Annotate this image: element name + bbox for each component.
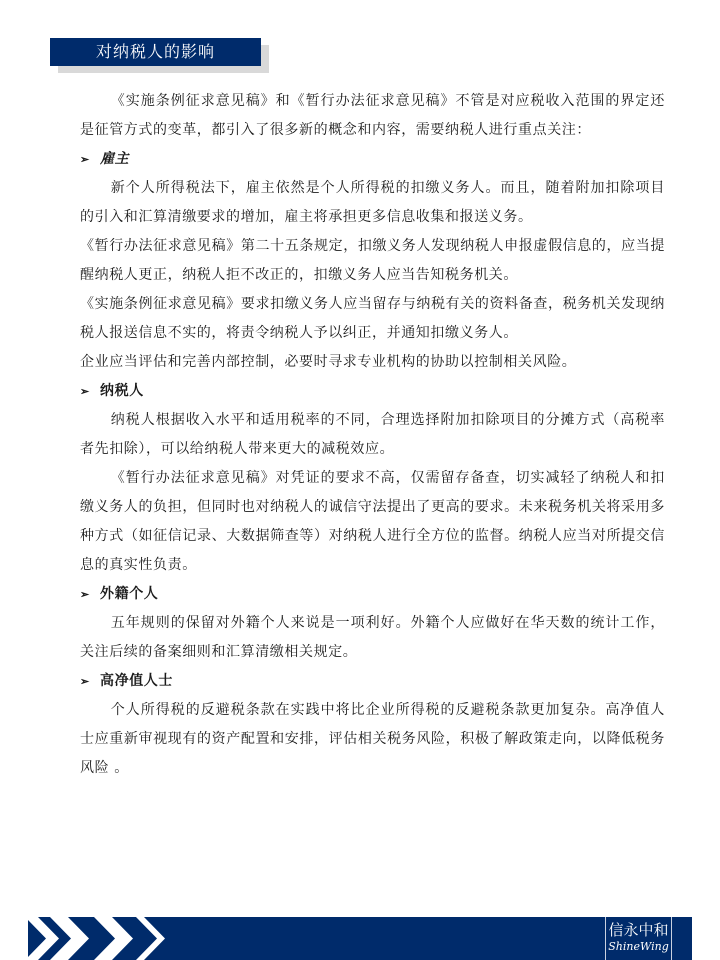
arrow-bullet-icon: ➢ (80, 667, 94, 696)
section-paragraph: 《暂行办法征求意见稿》对凭证的要求不高，仅需留存备查，切实减轻了纳税人和扣缴义务… (80, 464, 665, 580)
arrow-bullet-icon: ➢ (80, 580, 94, 609)
section-paragraph: 新个人所得税法下，雇主依然是个人所得税的扣缴义务人。而且，随着附加扣除项目的引入… (80, 174, 665, 232)
section-heading-high-net-worth: ➢ 高净值人士 (80, 667, 665, 696)
section-heading-label: 雇主 (100, 145, 129, 174)
document-body: 《实施条例征求意见稿》和《暂行办法征求意见稿》不管是对应税收入范围的界定还是征管… (80, 87, 665, 783)
section-heading-label: 纳税人 (100, 377, 144, 406)
chevron-arrows-icon (28, 917, 168, 960)
section-paragraph: 个人所得税的反避税条款在实践中将比企业所得税的反避税条款更加复杂。高净值人士应重… (80, 696, 665, 783)
logo-chinese-name: 信永中和 (606, 917, 671, 940)
section-heading-employer: ➢ 雇主 (80, 145, 665, 174)
section-paragraph: 五年规则的保留对外籍个人来说是一项利好。外籍个人应做好在华天数的统计工作，关注后… (80, 609, 665, 667)
arrow-bullet-icon: ➢ (80, 145, 94, 174)
section-heading-label: 高净值人士 (100, 667, 173, 696)
section-heading-taxpayer: ➢ 纳税人 (80, 377, 665, 406)
shinewing-logo: 信永中和 ShineWing (605, 917, 672, 960)
section-heading-foreign-individuals: ➢ 外籍个人 (80, 580, 665, 609)
footer-bar: 信永中和 ShineWing (28, 917, 692, 960)
page-title: 对纳税人的影响 (50, 38, 261, 66)
section-paragraph: 《实施条例征求意见稿》要求扣缴义务人应当留存与纳税有关的资料备查，税务机关发现纳… (80, 290, 665, 348)
arrow-bullet-icon: ➢ (80, 377, 94, 406)
section-heading-label: 外籍个人 (100, 580, 158, 609)
section-paragraph: 纳税人根据收入水平和适用税率的不同，合理选择附加扣除项目的分摊方式（高税率者先扣… (80, 406, 665, 464)
section-paragraph: 《暂行办法征求意见稿》第二十五条规定，扣缴义务人发现纳税人申报虚假信息的，应当提… (80, 232, 665, 290)
section-paragraph: 企业应当评估和完善内部控制，必要时寻求专业机构的协助以控制相关风险。 (80, 348, 665, 377)
intro-paragraph: 《实施条例征求意见稿》和《暂行办法征求意见稿》不管是对应税收入范围的界定还是征管… (80, 87, 665, 145)
logo-english-name: ShineWing (606, 940, 671, 954)
